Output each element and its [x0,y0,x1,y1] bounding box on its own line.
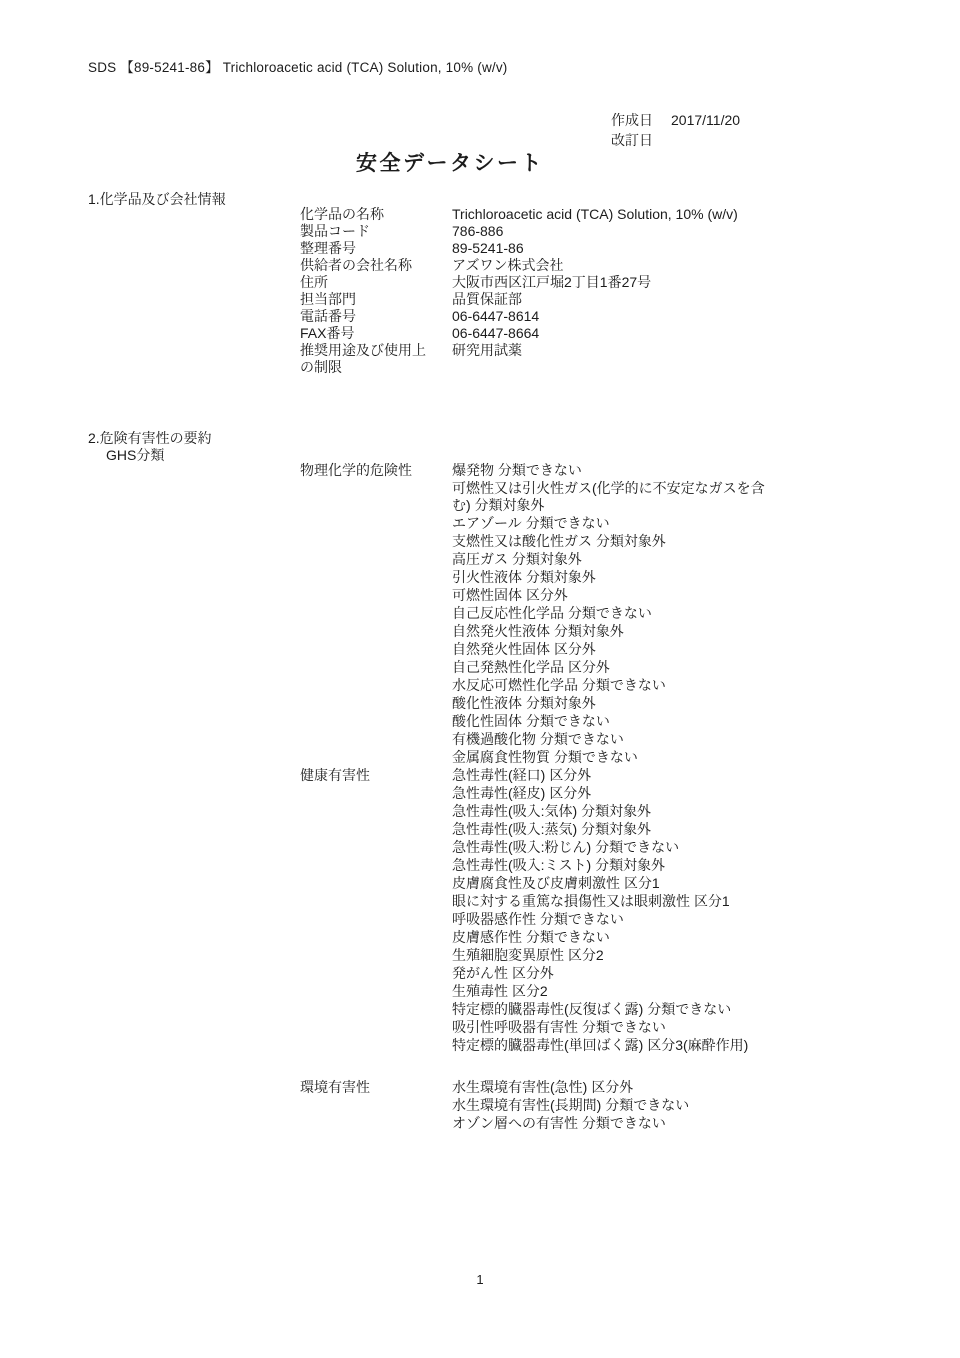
group-items-health: 急性毒性(経口) 区分外 急性毒性(経皮) 区分外 急性毒性(吸入:気体) 分類… [452,767,772,1055]
classification-item: 自己発熱性化学品 区分外 [452,659,772,676]
info-row: 供給者の会社名称 アズワン株式会社 [300,257,860,274]
classification-item: 急性毒性(吸入:気体) 分類対象外 [452,803,772,820]
classification-item: 皮膚感作性 分類できない [452,929,772,946]
classification-item: 自然発火性液体 分類対象外 [452,623,772,640]
classification-item: 発がん性 区分外 [452,965,772,982]
group-items-physical: 爆発物 分類できない 可燃性又は引火性ガス(化学的に不安定なガスを含む) 分類対… [452,462,772,767]
info-row-label: 製品コード [300,223,433,240]
classification-item: 自己反応性化学品 分類できない [452,605,772,622]
classification-item: 引火性液体 分類対象外 [452,569,772,586]
info-row-label: FAX番号 [300,325,433,342]
classification-item: 水反応可燃性化学品 分類できない [452,677,772,694]
info-row-label: 推奨用途及び使用上の制限 [300,342,433,376]
info-row: 担当部門 品質保証部 [300,291,860,308]
classification-item: 自然発火性固体 区分外 [452,641,772,658]
info-row: 化学品の名称 Trichloroacetic acid (TCA) Soluti… [300,206,860,223]
info-row-value: 06-6447-8614 [452,308,860,325]
info-row-label: 供給者の会社名称 [300,257,433,274]
classification-item: 急性毒性(経口) 区分外 [452,767,772,784]
group-label-environment: 環境有害性 [300,1079,433,1096]
info-row-value: 品質保証部 [452,291,860,308]
created-date-value: 2017/11/20 [671,110,740,130]
classification-item: エアゾール 分類できない [452,515,772,532]
classification-item: 水生環境有害性(急性) 区分外 [452,1079,772,1096]
info-row: 住所 大阪市西区江戸堀2丁目1番27号 [300,274,860,291]
classification-item: 呼吸器感作性 分類できない [452,911,772,928]
classification-item: 支燃性又は酸化性ガス 分類対象外 [452,533,772,550]
classification-item: オゾン層への有害性 分類できない [452,1115,772,1132]
classification-item: 急性毒性(吸入:粉じん) 分類できない [452,839,772,856]
group-health-hazards: 健康有害性 急性毒性(経口) 区分外 急性毒性(経皮) 区分外 急性毒性(吸入:… [300,767,792,1055]
classification-item: 酸化性固体 分類できない [452,713,772,730]
info-row-value: 06-6447-8664 [452,325,860,342]
classification-item: 高圧ガス 分類対象外 [452,551,772,568]
section1-heading: 1.化学品及び会社情報 [88,189,226,209]
info-row-value: 研究用試薬 [452,342,860,376]
group-label-health: 健康有害性 [300,767,433,784]
classification-item: 可燃性固体 区分外 [452,587,772,604]
group-items-environment: 水生環境有害性(急性) 区分外 水生環境有害性(長期間) 分類できない オゾン層… [452,1079,772,1133]
info-row: 推奨用途及び使用上の制限 研究用試薬 [300,342,860,376]
info-row-value: 大阪市西区江戸堀2丁目1番27号 [452,274,860,291]
classification-item: 吸引性呼吸器有害性 分類できない [452,1019,772,1036]
classification-item: 有機過酸化物 分類できない [452,731,772,748]
created-date-row: 作成日 2017/11/20 [611,110,740,130]
page-number: 1 [0,1272,960,1287]
classification-item: 金属腐食性物質 分類できない [452,749,772,766]
info-row-value: Trichloroacetic acid (TCA) Solution, 10%… [452,206,860,223]
group-environmental-hazards: 環境有害性 水生環境有害性(急性) 区分外 水生環境有害性(長期間) 分類できな… [300,1079,792,1133]
classification-item: 水生環境有害性(長期間) 分類できない [452,1097,772,1114]
page-title: 安全データシート [0,147,900,177]
classification-item: 生殖毒性 区分2 [452,983,772,1000]
classification-item: 急性毒性(吸入:蒸気) 分類対象外 [452,821,772,838]
info-row: 整理番号 89-5241-86 [300,240,860,257]
classification-item: 爆発物 分類できない [452,462,772,479]
section2-subheading-ghs: GHS分類 [106,445,164,465]
info-row-label: 担当部門 [300,291,433,308]
classification-item: 可燃性又は引火性ガス(化学的に不安定なガスを含む) 分類対象外 [452,480,772,514]
info-row: FAX番号 06-6447-8664 [300,325,860,342]
sds-document-page: SDS 【89-5241-86】 Trichloroacetic acid (T… [0,0,960,1358]
document-header-line: SDS 【89-5241-86】 Trichloroacetic acid (T… [88,56,508,76]
classification-item: 生殖細胞変異原性 区分2 [452,947,772,964]
info-row-label: 電話番号 [300,308,433,325]
classification-item: 眼に対する重篤な損傷性又は眼刺激性 区分1 [452,893,772,910]
info-row-label: 住所 [300,274,433,291]
created-date-label: 作成日 [611,110,671,130]
classification-item: 酸化性液体 分類対象外 [452,695,772,712]
classification-item: 皮膚腐食性及び皮膚刺激性 区分1 [452,875,772,892]
classification-item: 急性毒性(吸入:ミスト) 分類対象外 [452,857,772,874]
group-physical-hazards: 物理化学的危険性 爆発物 分類できない 可燃性又は引火性ガス(化学的に不安定なガ… [300,462,792,767]
info-row-value: 786-886 [452,223,860,240]
date-block: 作成日 2017/11/20 改訂日 [611,110,740,150]
info-row: 製品コード 786-886 [300,223,860,240]
classification-item: 急性毒性(経皮) 区分外 [452,785,772,802]
classification-item: 特定標的臓器毒性(反復ばく露) 分類できない [452,1001,772,1018]
info-row-label: 整理番号 [300,240,433,257]
info-row-value: アズワン株式会社 [452,257,860,274]
section1-info-table: 化学品の名称 Trichloroacetic acid (TCA) Soluti… [300,206,860,376]
classification-item: 特定標的臓器毒性(単回ばく露) 区分3(麻酔作用) [452,1037,772,1054]
info-row: 電話番号 06-6447-8614 [300,308,860,325]
info-row-value: 89-5241-86 [452,240,860,257]
info-row-label: 化学品の名称 [300,206,433,223]
group-label-physical: 物理化学的危険性 [300,462,433,479]
ghs-classification-groups: 物理化学的危険性 爆発物 分類できない 可燃性又は引火性ガス(化学的に不安定なガ… [300,462,792,1133]
